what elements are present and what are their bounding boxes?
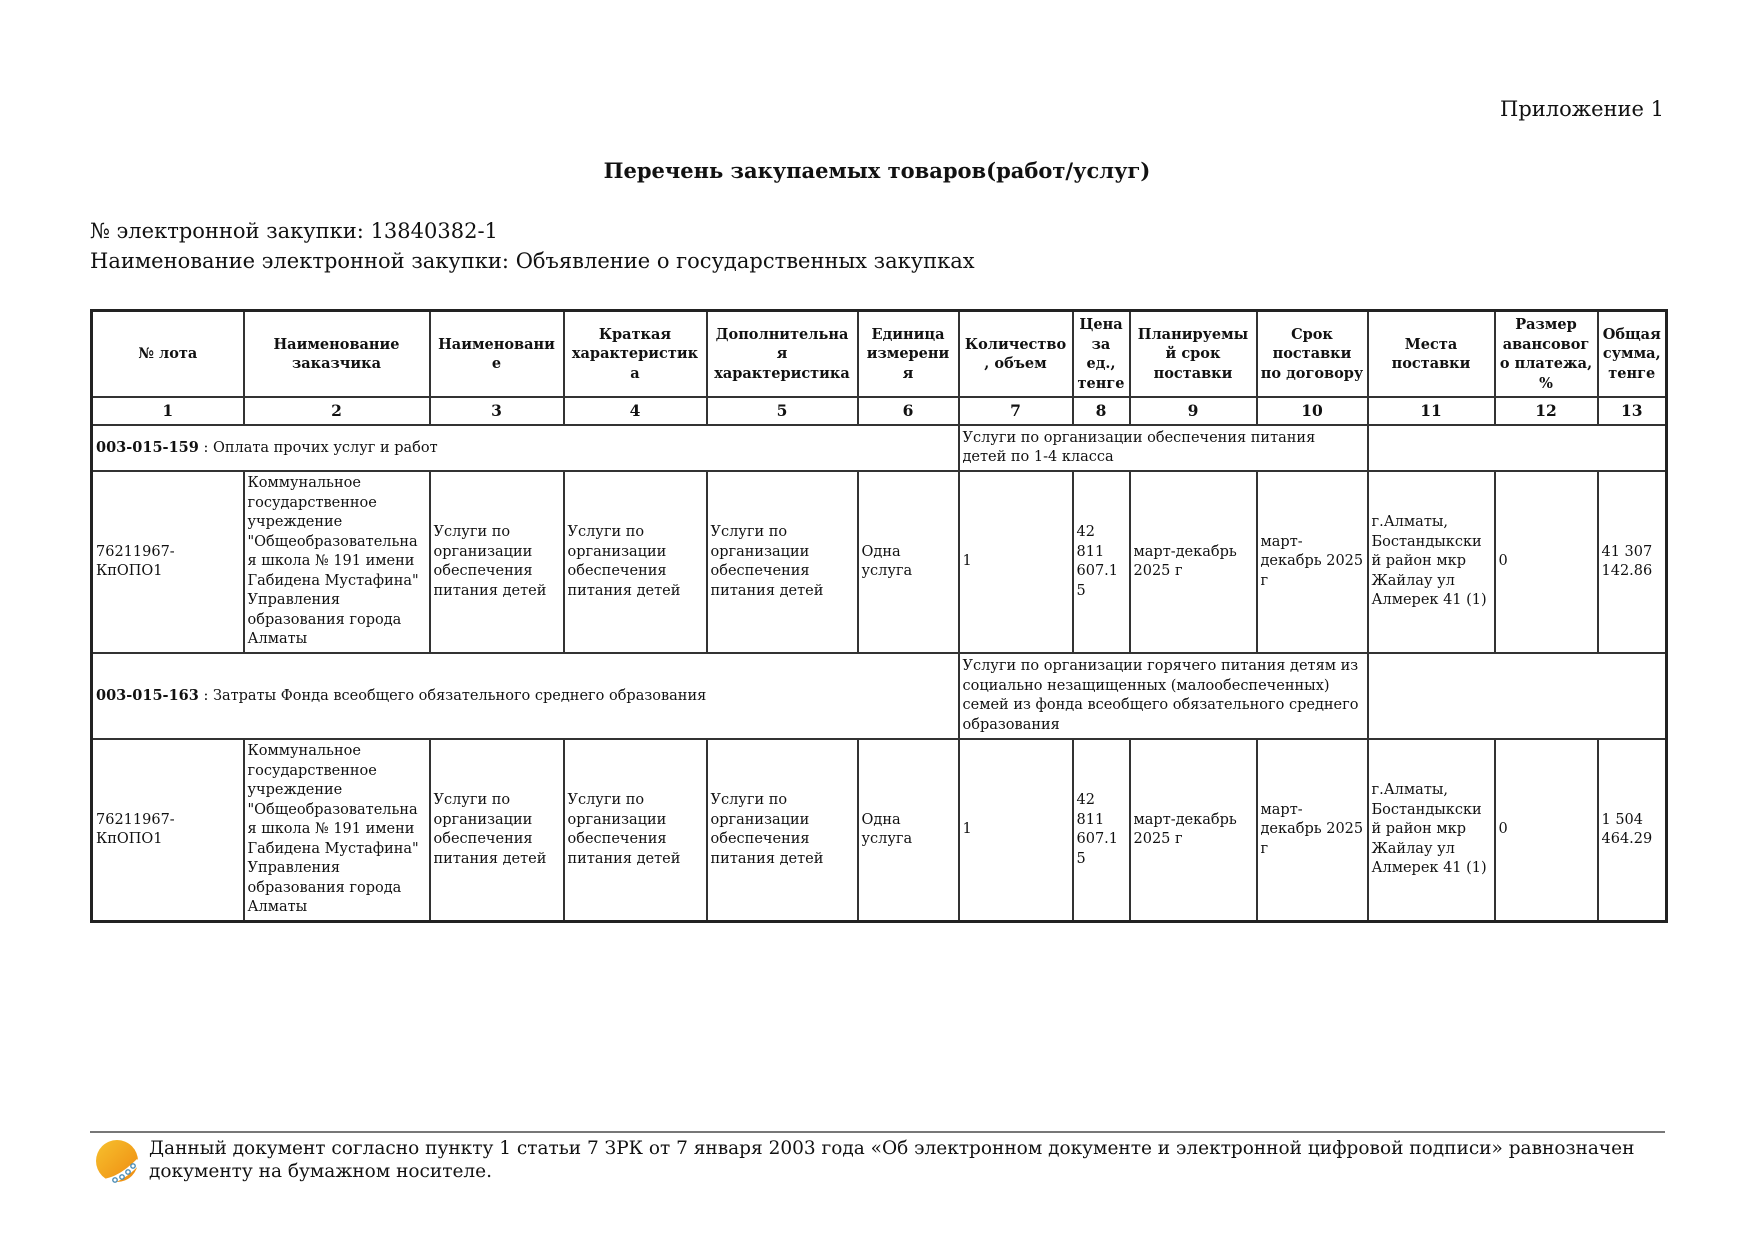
- procurement-name-label: Наименование электронной закупки:: [90, 249, 509, 273]
- empty-cell: [1368, 425, 1667, 471]
- document-title: Перечень закупаемых товаров(работ/услуг): [0, 158, 1754, 183]
- procurement-name-line: Наименование электронной закупки: Объявл…: [90, 249, 975, 273]
- additional-description: Услуги по организации обеспечения питани…: [707, 739, 858, 922]
- group-description: Услуги по организации обеспечения питани…: [959, 425, 1368, 471]
- additional-description: Услуги по организации обеспечения питани…: [707, 471, 858, 653]
- column-number: 10: [1257, 397, 1368, 425]
- empty-cell: [1368, 653, 1667, 739]
- column-header: Количество, объем: [959, 311, 1073, 398]
- table-row: 76211967-КпОПО1 Коммунальное государстве…: [92, 471, 1667, 653]
- total-amount: 41 307 142.86: [1598, 471, 1667, 653]
- egov-sun-logo-icon: [93, 1137, 141, 1185]
- column-header: Планируемый срок поставки: [1130, 311, 1257, 398]
- footer-divider: [90, 1131, 1665, 1133]
- advance-payment: 0: [1495, 471, 1598, 653]
- budget-program-cell: 003-015-163 : Затраты Фонда всеобщего об…: [92, 653, 959, 739]
- column-header: Краткая характеристика: [564, 311, 707, 398]
- contract-delivery: март-декабрь 2025 г: [1257, 739, 1368, 922]
- short-description: Услуги по организации обеспечения питани…: [564, 739, 707, 922]
- procurement-number-label: № электронной закупки:: [90, 219, 364, 243]
- budget-code: 003-015-163: [96, 687, 199, 704]
- table-header-row: № лота Наименование заказчика Наименован…: [92, 311, 1667, 398]
- column-number: 6: [858, 397, 959, 425]
- group-description: Услуги по организации горячего питания д…: [959, 653, 1368, 739]
- column-header: Наименование: [430, 311, 564, 398]
- column-number: 4: [564, 397, 707, 425]
- column-number: 12: [1495, 397, 1598, 425]
- unit-price: 42 811 607.15: [1073, 471, 1130, 653]
- total-amount: 1 504 464.29: [1598, 739, 1667, 922]
- column-header: Срок поставки по договору: [1257, 311, 1368, 398]
- budget-code: 003-015-159: [96, 439, 199, 456]
- quantity: 1: [959, 471, 1073, 653]
- column-header: Места поставки: [1368, 311, 1495, 398]
- column-header: Цена за ед., тенге: [1073, 311, 1130, 398]
- procurement-name-value: Объявление о государственных закупках: [516, 249, 975, 273]
- column-number: 5: [707, 397, 858, 425]
- column-header: Размер авансового платежа, %: [1495, 311, 1598, 398]
- advance-payment: 0: [1495, 739, 1598, 922]
- column-header: Дополнительная характеристика: [707, 311, 858, 398]
- unit: Одна услуга: [858, 471, 959, 653]
- procurement-number-value: 13840382-1: [371, 219, 498, 243]
- budget-group-row: 003-015-163 : Затраты Фонда всеобщего об…: [92, 653, 1667, 739]
- table-row: 76211967-КпОПО1 Коммунальное государстве…: [92, 739, 1667, 922]
- lots-table: № лота Наименование заказчика Наименован…: [90, 309, 1668, 923]
- budget-program-name: : Затраты Фонда всеобщего обязательного …: [199, 688, 706, 704]
- procurement-number-line: № электронной закупки: 13840382-1: [90, 219, 498, 243]
- column-header: Общая сумма, тенге: [1598, 311, 1667, 398]
- lot-number: 76211967-КпОПО1: [92, 471, 244, 653]
- column-number: 11: [1368, 397, 1495, 425]
- column-number: 1: [92, 397, 244, 425]
- column-header: Единица измерения: [858, 311, 959, 398]
- planned-delivery: март-декабрь 2025 г: [1130, 739, 1257, 922]
- planned-delivery: март-декабрь 2025 г: [1130, 471, 1257, 653]
- legal-notice: Данный документ согласно пункту 1 статьи…: [149, 1137, 1669, 1183]
- column-number-row: 1 2 3 4 5 6 7 8 9 10 11 12 13: [92, 397, 1667, 425]
- appendix-label: Приложение 1: [1500, 97, 1664, 121]
- column-header: № лота: [92, 311, 244, 398]
- short-description: Услуги по организации обеспечения питани…: [564, 471, 707, 653]
- column-number: 7: [959, 397, 1073, 425]
- budget-group-row: 003-015-159 : Оплата прочих услуг и рабо…: [92, 425, 1667, 471]
- item-name: Услуги по организации обеспечения питани…: [430, 471, 564, 653]
- customer-name: Коммунальное государственное учреждение …: [244, 471, 430, 653]
- customer-name: Коммунальное государственное учреждение …: [244, 739, 430, 922]
- budget-program-cell: 003-015-159 : Оплата прочих услуг и рабо…: [92, 425, 959, 471]
- column-number: 3: [430, 397, 564, 425]
- contract-delivery: март-декабрь 2025 г: [1257, 471, 1368, 653]
- quantity: 1: [959, 739, 1073, 922]
- delivery-place: г.Алматы, Бостандыкский район мкр Жайлау…: [1368, 739, 1495, 922]
- column-number: 9: [1130, 397, 1257, 425]
- column-number: 13: [1598, 397, 1667, 425]
- lot-number: 76211967-КпОПО1: [92, 739, 244, 922]
- unit: Одна услуга: [858, 739, 959, 922]
- unit-price: 42 811 607.15: [1073, 739, 1130, 922]
- column-number: 2: [244, 397, 430, 425]
- budget-program-name: : Оплата прочих услуг и работ: [199, 440, 438, 456]
- column-number: 8: [1073, 397, 1130, 425]
- delivery-place: г.Алматы, Бостандыкский район мкр Жайлау…: [1368, 471, 1495, 653]
- column-header: Наименование заказчика: [244, 311, 430, 398]
- item-name: Услуги по организации обеспечения питани…: [430, 739, 564, 922]
